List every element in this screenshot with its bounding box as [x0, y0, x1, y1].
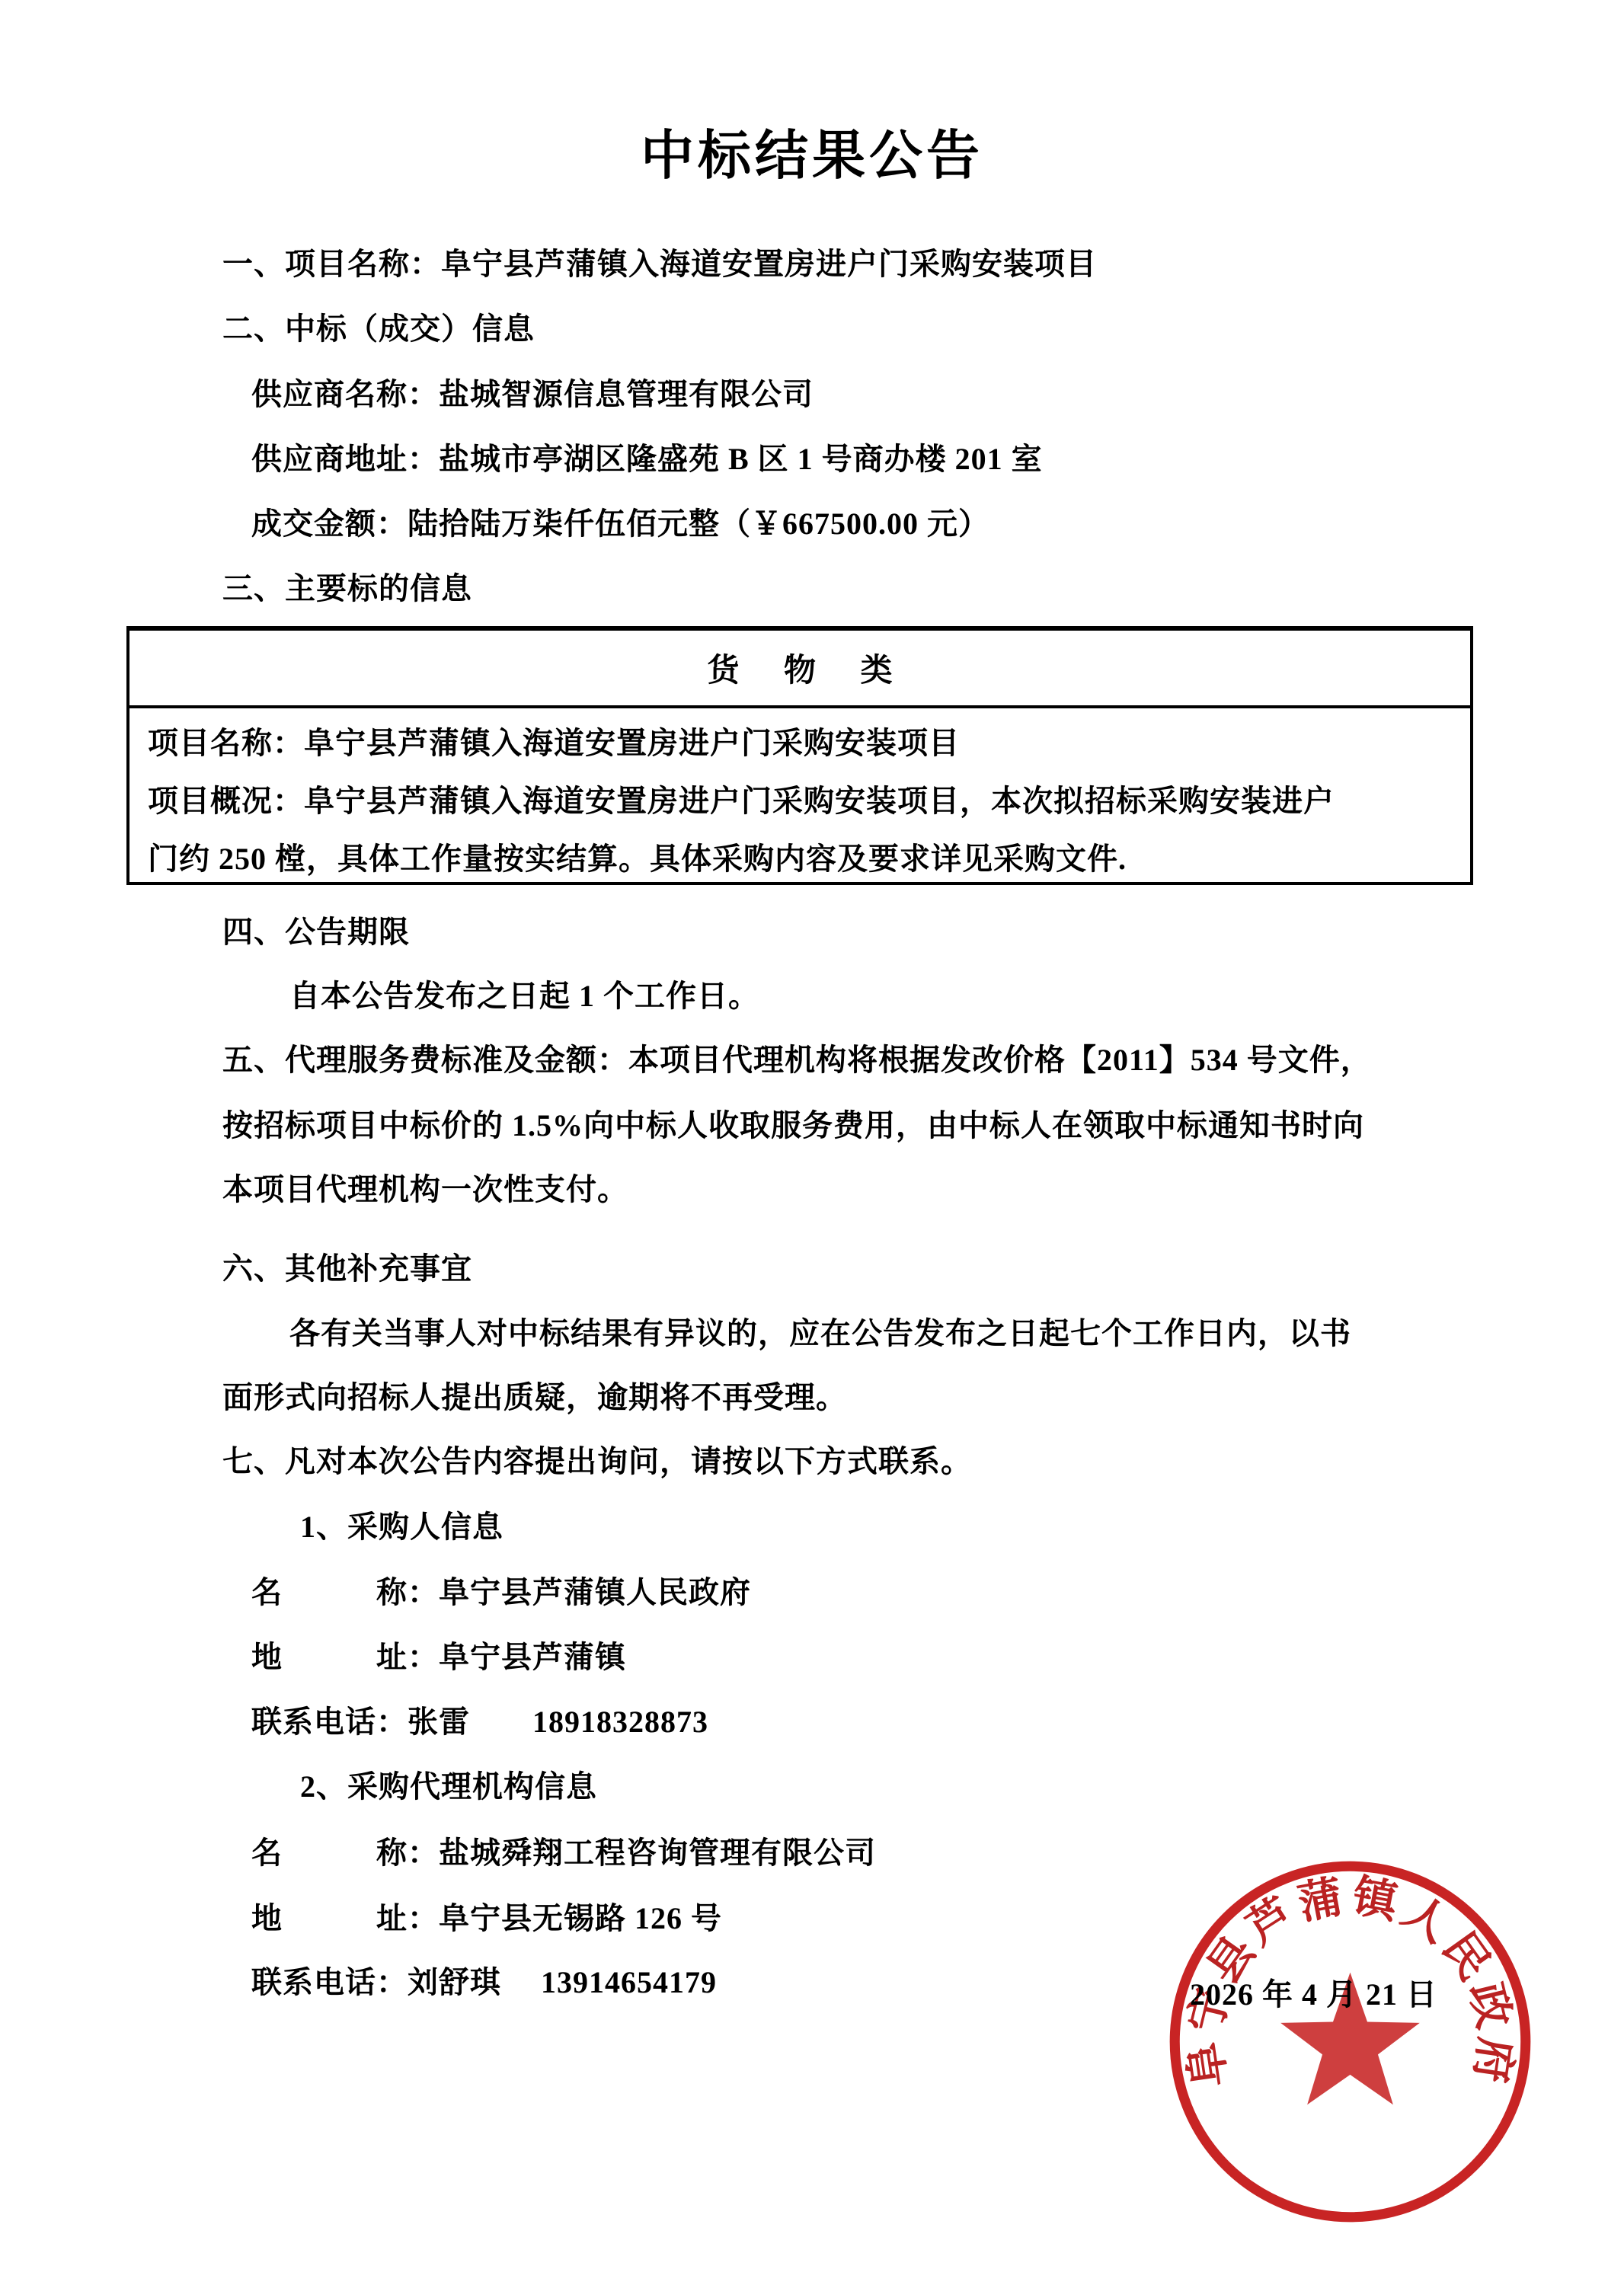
agency-address: 地 址：阜宁县无锡路 126 号 [251, 1894, 722, 1938]
notice-period-body: 自本公告发布之日起 1 个工作日。 [289, 972, 759, 1015]
table-row: 门约 250 樘，具体工作量按实结算。具体采购内容及要求详见采购文件. [148, 830, 1452, 888]
table-row: 项目名称：阜宁县芦蒲镇入海道安置房进户门采购安装项目 [148, 714, 1452, 772]
supplier-address: 供应商地址：盐城市亭湖区隆盛苑 B 区 1 号商办楼 201 室 [251, 435, 1043, 478]
announcement-date: 2026 年 4 月 21 日 [1190, 1970, 1437, 2014]
section-notice-period: 四、公告期限 [222, 908, 410, 951]
page-title: 中标结果公告 [0, 113, 1624, 190]
agency-phone: 联系电话：刘舒琪 13914654179 [251, 1958, 717, 2002]
goods-table: 货 物 类 项目名称：阜宁县芦蒲镇入海道安置房进户门采购安装项目 项目概况：阜宁… [126, 626, 1473, 885]
agency-heading: 2、采购代理机构信息 [300, 1762, 597, 1806]
section-contact: 七、凡对本次公告内容提出询问，请按以下方式联系。 [222, 1437, 972, 1481]
announcement-page: 中标结果公告 一、项目名称：阜宁县芦蒲镇入海道安置房进户门采购安装项目 二、中标… [0, 0, 1624, 2285]
table-row: 项目概况：阜宁县芦蒲镇入海道安置房进户门采购安装项目，本次拟招标采购安装进户 [148, 772, 1452, 830]
section-main-subject: 三、主要标的信息 [222, 564, 472, 608]
section-award-info: 二、中标（成交）信息 [222, 305, 535, 348]
purchaser-phone: 联系电话：张雷 18918328873 [251, 1698, 708, 1741]
agency-fee-line3: 本项目代理机构一次性支付。 [222, 1165, 628, 1209]
goods-table-header: 货 物 类 [129, 631, 1470, 708]
purchaser-heading: 1、采购人信息 [300, 1503, 504, 1546]
supplement-line2: 面形式向招标人提出质疑，逾期将不再受理。 [222, 1373, 847, 1417]
deal-amount: 成交金额：陆拾陆万柒仟伍佰元整（￥667500.00 元） [251, 500, 989, 543]
supplement-line1: 各有关当事人对中标结果有异议的，应在公告发布之日起七个工作日内，以书 [289, 1309, 1351, 1353]
supplier-name: 供应商名称：盐城智源信息管理有限公司 [251, 370, 814, 414]
purchaser-address: 地 址：阜宁县芦蒲镇 [251, 1633, 626, 1676]
goods-table-body: 项目名称：阜宁县芦蒲镇入海道安置房进户门采购安装项目 项目概况：阜宁县芦蒲镇入海… [129, 708, 1470, 888]
section-project-name: 一、项目名称：阜宁县芦蒲镇入海道安置房进户门采购安装项目 [222, 240, 1097, 283]
official-seal: 阜宁县芦蒲镇人民政府 [1158, 1849, 1542, 2234]
agency-name: 名 称：盐城舜翔工程咨询管理有限公司 [251, 1829, 876, 1872]
purchaser-name: 名 称：阜宁县芦蒲镇人民政府 [251, 1568, 751, 1612]
section-supplement: 六、其他补充事宜 [222, 1245, 472, 1288]
agency-fee-line1: 五、代理服务费标准及金额：本项目代理机构将根据发改价格【2011】534 号文件… [222, 1036, 1372, 1079]
agency-fee-line2: 按招标项目中标价的 1.5%向中标人收取服务费用，由中标人在领取中标通知书时向 [222, 1101, 1364, 1145]
